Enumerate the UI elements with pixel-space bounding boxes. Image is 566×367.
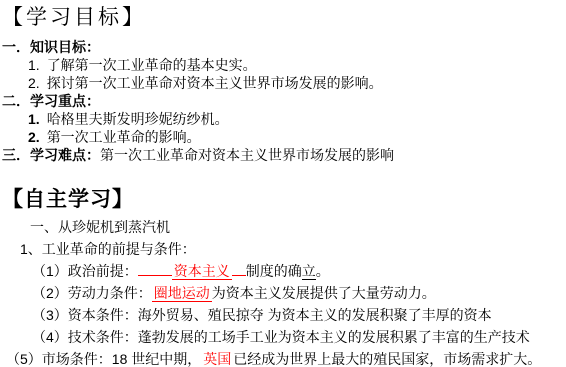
- heading-difficulty-line: 三．学习难点：第一次工业革命对资本主义世界市场发展的影响: [2, 146, 564, 164]
- item-number: 1.: [28, 111, 40, 127]
- item-text: 探讨第一次工业革命对资本主义世界市场发展的影响。: [47, 75, 383, 91]
- condition-labor: （2）劳动力条件：圈地运动为资本主义发展提供了大量劳动力。: [2, 282, 564, 304]
- filled-answer: 英国: [201, 351, 233, 367]
- self-study-intro: 1、工业革命的前提与条件：: [2, 238, 564, 260]
- condition-text: 制度的确: [246, 263, 302, 279]
- condition-label: （4）技术条件：: [32, 329, 138, 345]
- heading-focus: 二．学习重点：: [2, 92, 564, 110]
- item-text: 哈格里夫斯发明珍妮纺纱机。: [47, 111, 229, 127]
- difficulty-text: 第一次工业革命对资本主义世界市场发展的影响: [100, 147, 394, 163]
- condition-label: （1）政治前提：: [32, 263, 138, 279]
- condition-text: 。: [316, 263, 330, 279]
- filled-answer: 资本主义: [172, 263, 232, 280]
- condition-text: 为资本主义发展提供了大量劳动力。: [212, 285, 436, 301]
- self-study-subtitle: 一、从珍妮机到蒸汽机: [2, 216, 564, 238]
- condition-label: （2）劳动力条件：: [32, 285, 152, 301]
- section-title-self-study: 【自主学习】: [2, 188, 564, 212]
- condition-label: （3）资本条件：: [32, 307, 138, 323]
- item-text: 了解第一次工业革命的基本史实。: [47, 57, 257, 73]
- filled-answer: 圈地运动: [152, 285, 212, 302]
- answer-blank: [232, 261, 246, 276]
- condition-text: 蓬勃发展的工场手工业为资本主义的发展积累了丰富的生产技术: [138, 329, 530, 345]
- condition-market: （5）市场条件：18 世纪中期，英国已经成为世界上最大的殖民国家，市场需求扩大。: [2, 348, 564, 367]
- focus-item-1: 1.哈格里夫斯发明珍妮纺纱机。: [2, 110, 564, 128]
- condition-text: 海外贸易、殖民掠夺 为资本主义的发展积聚了丰厚的资本: [138, 307, 492, 323]
- condition-capital: （3）资本条件：海外贸易、殖民掠夺 为资本主义的发展积聚了丰厚的资本: [2, 304, 564, 326]
- document-page: 【学习目标】 一．知识目标： 1.了解第一次工业革命的基本史实。 2.探讨第一次…: [0, 0, 566, 367]
- knowledge-item-1: 1.了解第一次工业革命的基本史实。: [2, 56, 564, 74]
- item-number: 2.: [28, 75, 40, 91]
- condition-technology: （4）技术条件：蓬勃发展的工场手工业为资本主义的发展积累了丰富的生产技术: [2, 326, 564, 348]
- section-title-objectives: 【学习目标】: [2, 6, 564, 30]
- item-number: 2.: [28, 129, 40, 145]
- condition-political: （1）政治前提：资本主义制度的确立。: [2, 260, 564, 282]
- condition-label: （5）市场条件：: [6, 351, 112, 367]
- focus-item-2: 2.第一次工业革命的影响。: [2, 128, 564, 146]
- heading-knowledge: 一．知识目标：: [2, 38, 564, 56]
- condition-text: 已经成为世界上最大的殖民国家，市场需求扩大。: [233, 351, 541, 367]
- condition-text-underlined: 立: [302, 263, 316, 280]
- answer-blank: [138, 261, 172, 276]
- item-text: 第一次工业革命的影响。: [47, 129, 201, 145]
- heading-difficulty: 三．学习难点：: [2, 147, 100, 163]
- condition-text: 18 世纪中期，: [112, 351, 201, 367]
- knowledge-item-2: 2.探讨第一次工业革命对资本主义世界市场发展的影响。: [2, 74, 564, 92]
- item-number: 1.: [28, 57, 40, 73]
